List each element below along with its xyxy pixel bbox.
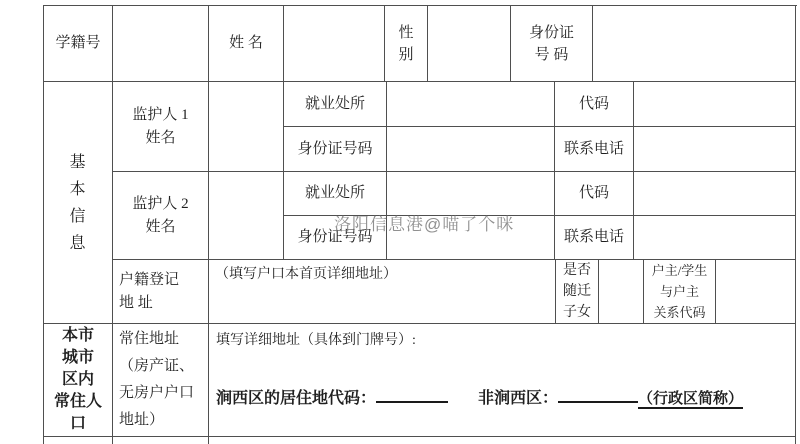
household-address-label: 户籍登记 地 址 (113, 260, 209, 324)
guardian1-name-value-cell (209, 82, 284, 172)
basic-info-section-label: 基 本 信 息 (44, 82, 113, 324)
permanent-address-label: 常住地址 （房产证、 无房户户口 地址） (113, 324, 209, 437)
jianxi-code-blank-field (376, 387, 448, 403)
guardian1-employment-value-cell (387, 82, 555, 127)
guardian1-employment-label: 就业处所 (284, 82, 387, 127)
guardian1-phone-label: 联系电话 (555, 127, 634, 172)
non-jianxi-label: 非涧西区： (478, 390, 558, 407)
guardian2-code-value-cell (634, 172, 796, 216)
watermark: 洛阳信息港@喵了个咪 (334, 210, 514, 235)
gender-value-cell (428, 6, 511, 82)
jianxi-code-label: 涧西区的居住地代码： (216, 390, 376, 407)
migrant-child-value-cell (599, 260, 644, 324)
guardian2-phone-value-cell (634, 216, 796, 260)
admin-abbr-note: （行政区简称） (638, 391, 743, 409)
bottom-partial-cell-1 (44, 437, 113, 444)
non-jianxi-blank-field (558, 387, 638, 403)
id-number-value-cell (593, 6, 796, 82)
permanent-address-detail-cell: 填写详细地址（具体到门牌号）: 涧西区的居住地代码：非涧西区：（行政区简称） (209, 324, 796, 437)
guardian2-phone-label: 联系电话 (555, 216, 634, 260)
guardian2-name-label: 监护人 2 姓名 (113, 172, 209, 260)
migrant-child-label: 是否 随迁 子女 (556, 260, 599, 324)
gender-label: 性 别 (385, 6, 428, 82)
guardian2-name-value-cell (209, 172, 284, 260)
detail-address-hint: 填写详细地址（具体到门牌号）: (216, 329, 416, 352)
name-label: 姓 名 (209, 6, 284, 82)
householder-relation-value-cell (716, 260, 796, 324)
name-value-cell (284, 6, 385, 82)
guardian1-code-label: 代码 (555, 82, 634, 127)
guardian1-id-label: 身份证号码 (284, 127, 387, 172)
id-number-label: 身份证 号 码 (511, 6, 593, 82)
resident-section-label: 本市 城市 区内 常住人 口 (44, 324, 113, 437)
student-id-label: 学籍号 (44, 6, 113, 82)
guardian1-code-value-cell (634, 82, 796, 127)
bottom-partial-cell-3 (209, 437, 796, 444)
bottom-partial-cell-2 (113, 437, 209, 444)
guardian2-code-label: 代码 (555, 172, 634, 216)
household-address-hint-cell: （填写户口本首页详细地址） (209, 260, 556, 324)
householder-relation-label: 户主/学生 与户主 关系代码 (644, 260, 716, 324)
form-page: 学籍号 姓 名 性 别 身份证 号 码 基 本 信 息 监护人 1 姓名 就业处… (0, 0, 800, 444)
guardian1-id-value-cell (387, 127, 555, 172)
residence-code-line: 涧西区的居住地代码：非涧西区：（行政区简称） (216, 387, 743, 411)
guardian1-name-label: 监护人 1 姓名 (113, 82, 209, 172)
guardian1-phone-value-cell (634, 127, 796, 172)
student-id-value-cell (113, 6, 209, 82)
